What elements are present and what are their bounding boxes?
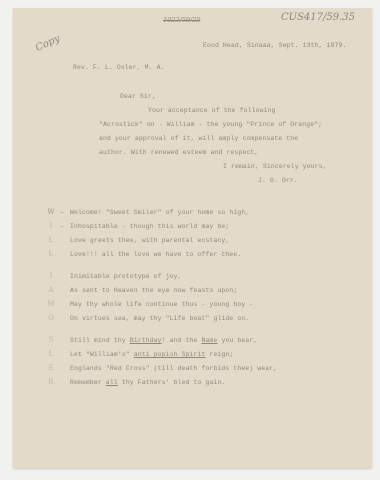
text: reign; — [206, 351, 234, 358]
copy-mark: Copy — [34, 33, 62, 54]
body-line-2: "Acrostick" on - William - the young "Pr… — [99, 121, 322, 128]
acrostic-letter: E — [46, 364, 56, 372]
acrostic-letter: O — [46, 314, 56, 322]
poem-line: As sent to Heaven the eye now feasts upo… — [70, 287, 237, 294]
acrostic-letter: I — [46, 222, 56, 230]
recipient: Rev. F. L. Osler, M. A. — [73, 64, 165, 71]
acrostic-letter: L — [46, 250, 56, 258]
acrostic-letter: S — [46, 336, 56, 344]
text: Let "William's" — [70, 351, 134, 358]
acrostic-letter: L — [46, 236, 56, 244]
text: thy Fathers' bled to gain. — [118, 379, 226, 386]
text: ! and the — [162, 337, 202, 344]
poem-line: Love greets thee, with parental ecstacy, — [70, 237, 229, 244]
poem-line: Inhospitable - though this world may be; — [70, 223, 229, 230]
underlined-text: all — [106, 379, 118, 386]
catalog-number: 1023/59/25 — [163, 16, 200, 24]
poem-line: Englands "Red Cross" (till death forbids… — [70, 365, 277, 372]
acrostic-letter: L — [46, 350, 56, 358]
salutation: Dear Sir, — [120, 93, 156, 100]
text: Remember — [70, 379, 106, 386]
acrostic-letter: A — [46, 286, 56, 294]
address-date: Eood Head, Sinaaa, Sept. 13th, 1879. — [203, 42, 346, 49]
body-line-1: Your acceptance of the following — [148, 107, 276, 114]
dash: – — [60, 209, 64, 216]
poem-line: Welcome! "Sweet Smiler" of your home so … — [70, 209, 249, 216]
signature: J. G. Orr. — [258, 177, 298, 184]
poem-line: On virtues sea, may thy "Life boat" glid… — [70, 315, 249, 322]
poem-line: Still mind thy Birthday! and the Name yo… — [70, 337, 257, 344]
body-line-3: and your approval of it, will amply comp… — [99, 135, 298, 142]
poem-line: Inimitable prototype of joy, — [70, 273, 182, 280]
underlined-text: anti popish Spirit — [134, 351, 206, 358]
poem-line: May thy whole life continue thus - young… — [70, 301, 253, 308]
underlined-text: Birthday — [130, 337, 162, 344]
text: Still mind thy — [70, 337, 130, 344]
text: you bear, — [217, 337, 257, 344]
acrostic-letter: R — [46, 378, 56, 386]
acrostic-letter: I — [46, 272, 56, 280]
acrostic-letter: M — [46, 300, 56, 308]
closing: I remain, Sincerely yours, — [223, 163, 327, 170]
body-line-4: author. With renewed esteem and respect, — [99, 149, 258, 156]
underlined-text: Name — [202, 337, 218, 344]
poem-line: Let "William's" anti popish Spirit reign… — [70, 351, 233, 358]
reference-number: CUS417/59.35 — [281, 12, 355, 23]
poem-line: Love!!! all the love we have to offer th… — [70, 251, 241, 258]
acrostic-letter: W — [46, 208, 56, 216]
poem-line: Remember all thy Fathers' bled to gain. — [70, 379, 225, 386]
letter-page: 1023/59/25 CUS417/59.35 Copy Eood Head, … — [13, 8, 372, 468]
dash: – — [60, 223, 64, 230]
